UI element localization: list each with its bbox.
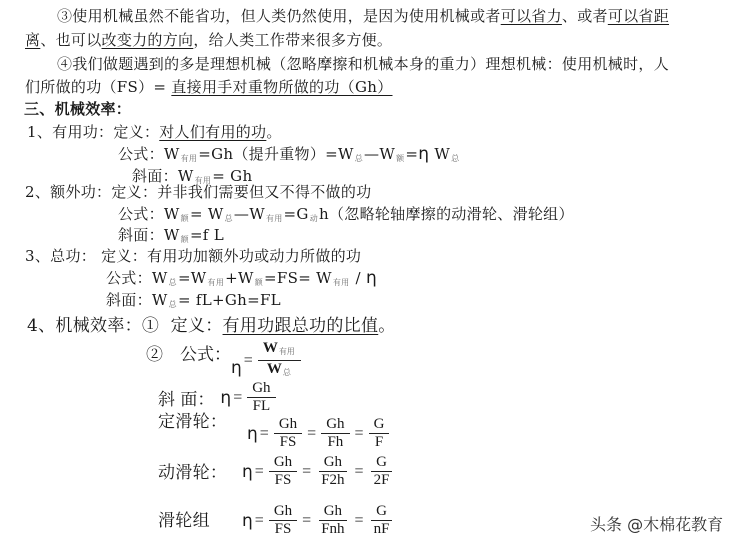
text: =G: [284, 205, 309, 223]
subscript: 总: [169, 300, 177, 309]
text: = fL+Gh=FL: [178, 291, 281, 309]
total-work-incline: 斜面：W总= fL+Gh=FL: [106, 290, 281, 315]
text: 3、总功：: [25, 247, 96, 265]
eta-symbol: η: [231, 358, 242, 378]
text: =: [405, 145, 418, 163]
numerator: G: [369, 416, 390, 434]
text: W: [263, 340, 278, 356]
underlined-term: 可以省距: [608, 7, 669, 25]
subscript: 总: [225, 214, 233, 223]
pulley-block-label: 滑轮组: [158, 511, 210, 531]
numerator: G: [371, 503, 392, 521]
paragraph-3-line-2: 离、也可以改变力的方向，给人类工作带来很多方便。: [25, 30, 392, 50]
equals: =: [355, 463, 364, 481]
text: =Gh（提升重物）=W: [198, 145, 354, 163]
subscript: 额: [396, 154, 404, 163]
eta-symbol: η: [247, 424, 258, 444]
text: W: [429, 145, 450, 163]
text: h（忽略轮轴摩擦的动滑轮、滑轮组）: [319, 205, 574, 223]
text: = W: [190, 205, 224, 223]
numerator: Gh: [321, 416, 349, 434]
section-heading: 三、机械效率：: [24, 99, 131, 119]
label: 斜面：: [106, 291, 152, 309]
subscript: 动: [310, 214, 318, 223]
definition: 有用功加额外功或动力所做的功: [147, 247, 361, 265]
equals: =: [260, 425, 269, 443]
text: 、也可以: [40, 31, 101, 49]
numerator: G: [371, 454, 392, 472]
paragraph-4-line-2: 们所做的功（FS）= 直接用手对重物所做的功（Gh）: [25, 77, 393, 97]
denominator: FS: [270, 521, 297, 538]
text: —W: [364, 145, 395, 163]
subscript: 总: [451, 154, 459, 163]
text: W: [152, 291, 168, 309]
fixed-pulley-formula: η = GhFS = GhFh = GF: [247, 416, 392, 451]
equals: =: [307, 425, 316, 443]
denominator: F2h: [316, 472, 349, 489]
denominator: Fnh: [316, 521, 349, 538]
text: +W: [225, 269, 254, 287]
movable-pulley-formula: η = GhFS = GhF2h = G2F: [242, 454, 397, 489]
text: 2、额外功：定义：: [25, 183, 157, 201]
paragraph-3-line-1: ③使用机械虽然不能省功，但人类仍然使用，是因为使用机械或者可以省力、或者可以省距: [57, 6, 669, 26]
eta-symbol: η: [220, 388, 231, 408]
eta-symbol: η: [418, 144, 429, 164]
text: ③使用机械虽然不能省功，但人类仍然使用，是因为使用机械或者: [57, 7, 501, 25]
numerator: Gh: [274, 416, 302, 434]
denominator: FS: [270, 472, 297, 489]
label: ② 公式：: [146, 340, 231, 365]
pulley-block-formula: η = GhFS = GhFnh = GnF: [242, 503, 397, 538]
equals: =: [255, 463, 264, 481]
subscript: 有用: [333, 278, 350, 287]
text: 1、有用功：定义：: [27, 123, 159, 141]
numerator: Gh: [269, 503, 297, 521]
subscript: 有用: [208, 278, 225, 287]
text: 。: [378, 316, 395, 336]
underlined-term: 可以省力: [501, 7, 562, 25]
equals: =: [355, 512, 364, 530]
subscript: 有用: [266, 214, 283, 223]
label: 定义：: [171, 316, 223, 336]
text: ，给人类工作带来很多方便。: [193, 31, 392, 49]
eta-symbol: η: [242, 511, 253, 531]
subscript: 总: [169, 278, 177, 287]
underlined-term: 直接用手对重物所做的功（Gh）: [171, 78, 392, 96]
text: W: [164, 145, 180, 163]
text: 4、机械效率：①: [27, 316, 159, 336]
text: 们所做的功（FS）=: [25, 78, 166, 96]
total-work-title: 3、总功： 定义：有用功加额外功或动力所做的功: [25, 246, 361, 266]
numerator: Gh: [247, 380, 275, 398]
text: 。: [266, 123, 281, 141]
text: W: [267, 361, 282, 377]
equals: =: [233, 389, 242, 407]
text: W: [152, 269, 168, 287]
numerator: Gh: [319, 503, 347, 521]
definition: 对人们有用的功: [159, 123, 266, 141]
denominator: W总: [262, 361, 297, 381]
text: ④我们做题遇到的多是理想机械（忽略摩擦和机械本身的重力）理想机械：使用机械时，人: [57, 55, 669, 73]
text: W: [164, 226, 180, 244]
label: 定义：: [101, 247, 147, 265]
definition: 并非我们需要但又不得不做的功: [157, 183, 371, 201]
label: 斜 面：: [158, 385, 214, 410]
text: =W: [178, 269, 207, 287]
subscript: 额: [181, 214, 189, 223]
eta-symbol: η: [366, 268, 377, 288]
equals: =: [355, 425, 364, 443]
numerator: Gh: [269, 454, 297, 472]
efficiency-title: 4、机械效率：① 定义：有用功跟总功的比值。: [27, 316, 396, 336]
paragraph-4-line-1: ④我们做题遇到的多是理想机械（忽略摩擦和机械本身的重力）理想机械：使用机械时，人: [57, 54, 669, 74]
denominator: FS: [275, 434, 302, 451]
fraction: GhFS: [269, 454, 297, 489]
definition: 有用功跟总功的比值: [223, 316, 379, 336]
denominator: 2F: [369, 472, 395, 489]
denominator: Fh: [322, 434, 348, 451]
fraction: GF: [369, 416, 390, 451]
extra-work-title: 2、额外功：定义：并非我们需要但又不得不做的功: [25, 182, 371, 202]
equals: =: [255, 512, 264, 530]
fraction: GhFnh: [316, 503, 349, 538]
label: 公式：: [118, 205, 164, 223]
text: —W: [234, 205, 265, 223]
subscript: 额: [255, 278, 263, 287]
efficiency-incline: 斜 面： η = Gh FL: [158, 380, 279, 415]
fixed-pulley-label: 定滑轮：: [158, 412, 227, 432]
subscript: 总: [355, 154, 363, 163]
underlined-term: 改变力的方向: [102, 31, 194, 49]
eta-symbol: η: [242, 462, 253, 482]
equals: =: [244, 352, 253, 370]
numerator: W有用: [258, 340, 301, 361]
text: W: [164, 205, 180, 223]
label: 公式：: [118, 145, 164, 163]
denominator: FL: [248, 398, 276, 415]
denominator: nF: [369, 521, 395, 538]
efficiency-formula: ② 公式： η = W有用 W总: [146, 340, 304, 381]
numerator: Gh: [319, 454, 347, 472]
underlined-term: 离: [25, 31, 40, 49]
equals: =: [302, 512, 311, 530]
useful-work-title: 1、有用功：定义：对人们有用的功。: [27, 122, 282, 142]
label: 斜面：: [118, 226, 164, 244]
fraction: G2F: [369, 454, 395, 489]
text: 、或者: [562, 7, 608, 25]
label: 公式：: [106, 269, 152, 287]
movable-pulley-label: 动滑轮：: [158, 463, 227, 483]
text: =f L: [190, 226, 224, 244]
subscript: 额: [181, 235, 189, 244]
text: =FS= W: [264, 269, 332, 287]
fraction: Gh FL: [247, 380, 275, 415]
fraction: GhFh: [321, 416, 349, 451]
fraction: GhF2h: [316, 454, 349, 489]
fraction: GhFS: [269, 503, 297, 538]
subscript: 有用: [279, 347, 295, 356]
subscript: 有用: [181, 154, 198, 163]
denominator: F: [370, 434, 388, 451]
watermark: 头条 @木棉花教育: [590, 512, 723, 535]
subscript: 总: [283, 368, 291, 377]
fraction: GnF: [369, 503, 395, 538]
fraction: GhFS: [274, 416, 302, 451]
fraction: W有用 W总: [258, 340, 301, 381]
text: /: [350, 269, 366, 287]
equals: =: [302, 463, 311, 481]
